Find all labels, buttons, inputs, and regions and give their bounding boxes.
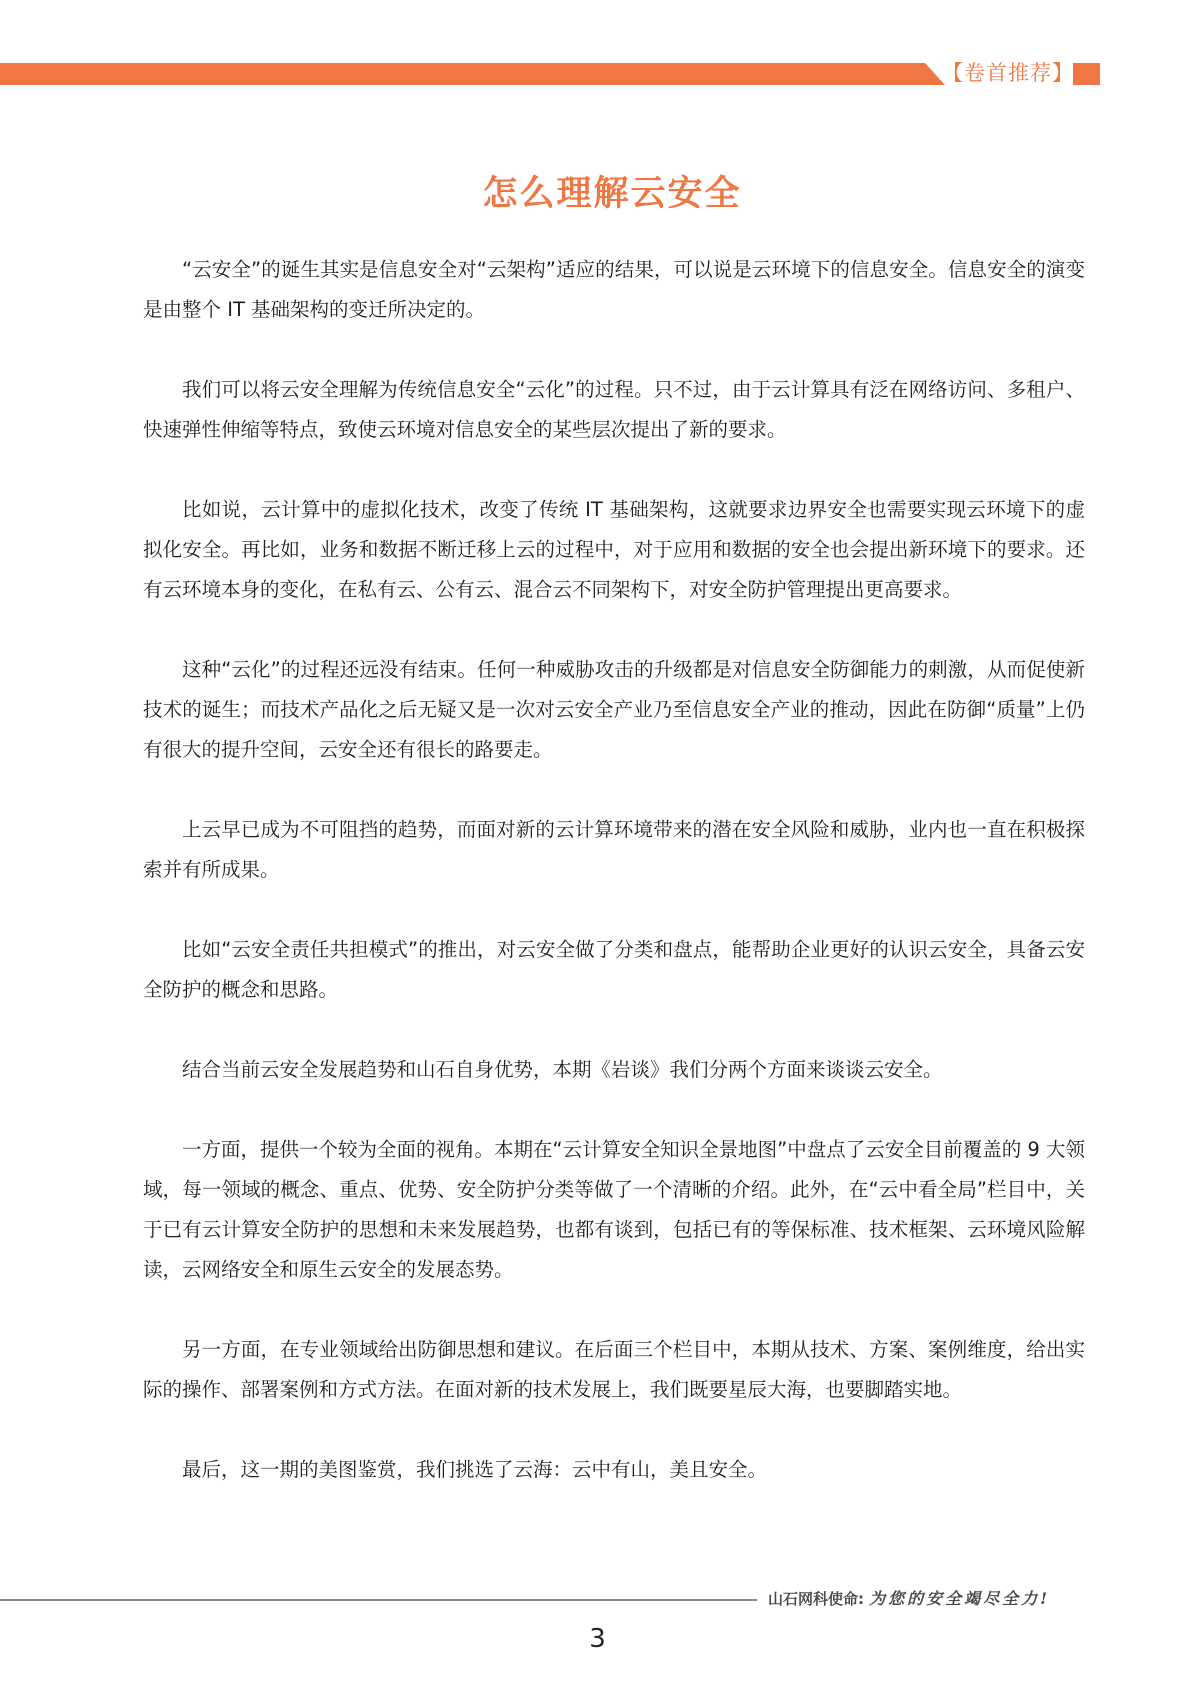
paragraph: 我们可以将云安全理解为传统信息安全“云化”的过程。只不过，由于云计算具有泛在网络… [143, 370, 1085, 450]
motto-slogan: 为您的安全竭尽全力! [869, 1589, 1050, 1608]
page-number: 3 [0, 1624, 1189, 1654]
footer-divider [0, 1599, 757, 1601]
paragraph: 结合当前云安全发展趋势和山石自身优势，本期《岩谈》我们分两个方面来谈谈云安全。 [143, 1050, 1085, 1090]
paragraph: 一方面，提供一个较为全面的视角。本期在“云计算安全知识全景地图”中盘点了云安全目… [143, 1130, 1085, 1290]
paragraph: 另一方面，在专业领域给出防御思想和建议。在后面三个栏目中，本期从技术、方案、案例… [143, 1330, 1085, 1410]
paragraph: 比如说，云计算中的虚拟化技术，改变了传统 IT 基础架构，这就要求边界安全也需要… [143, 490, 1085, 610]
paragraph: 比如“云安全责任共担模式”的推出，对云安全做了分类和盘点，能帮助企业更好的认识云… [143, 930, 1085, 1010]
paragraph: 上云早已成为不可阻挡的趋势，而面对新的云计算环境带来的潜在安全风险和威胁，业内也… [143, 810, 1085, 890]
footer-motto: 山石网科使命: 为您的安全竭尽全力! [768, 1586, 1050, 1609]
paragraph: 这种“云化”的过程还远没有结束。任何一种威胁攻击的升级都是对信息安全防御能力的刺… [143, 650, 1085, 770]
paragraph: 最后，这一期的美图鉴赏，我们挑选了云海：云中有山，美且安全。 [143, 1450, 1085, 1490]
header-accent-square [1073, 63, 1100, 85]
paragraph: “云安全”的诞生其实是信息安全对“云架构”适应的结果，可以说是云环境下的信息安全… [143, 250, 1085, 330]
section-label: 【卷首推荐】 [942, 58, 1074, 88]
article-body: “云安全”的诞生其实是信息安全对“云架构”适应的结果，可以说是云环境下的信息安全… [143, 250, 1085, 1490]
motto-lead: 山石网科使命: [768, 1590, 864, 1608]
article-title: 怎么理解云安全 [0, 166, 1189, 216]
header-accent-bar [0, 63, 945, 85]
